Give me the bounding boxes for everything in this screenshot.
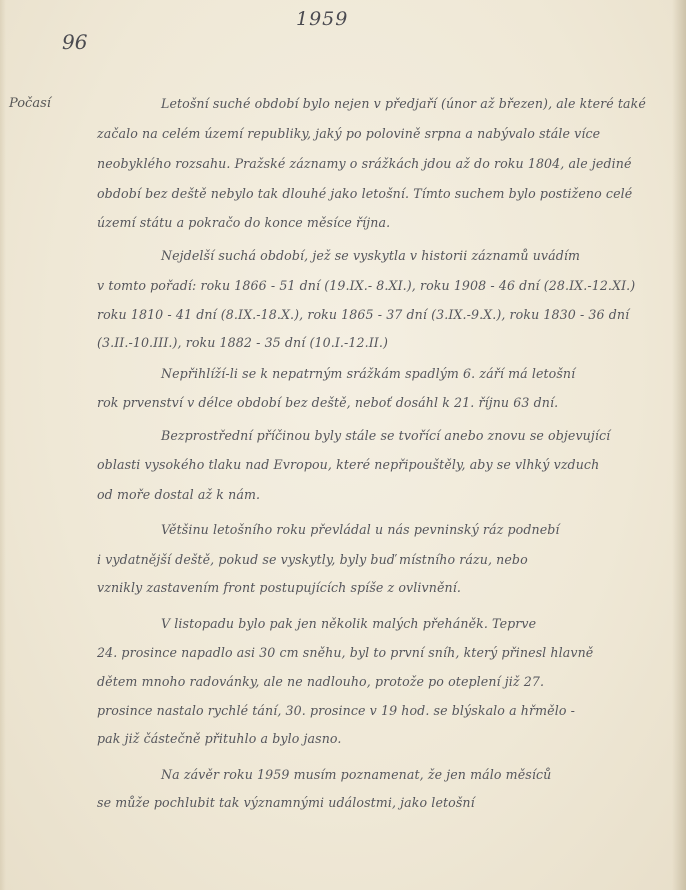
manuscript-line: oblasti vysokého tlaku nad Evropou, kter…	[97, 457, 599, 472]
manuscript-line: od moře dostal až k nám.	[97, 487, 260, 502]
manuscript-line: (3.II.-10.III.), roku 1882 - 35 dní (10.…	[97, 335, 388, 350]
manuscript-line: Letošní suché období bylo nejen v předja…	[97, 96, 646, 111]
margin-note: Počasí	[9, 96, 51, 111]
manuscript-line: Bezprostřední příčinou byly stále se tvo…	[97, 428, 610, 443]
manuscript-line: rok prvenství v délce období bez deště, …	[97, 395, 558, 410]
manuscript-line: prosince nastalo rychlé tání, 30. prosin…	[97, 703, 575, 718]
manuscript-line: Většinu letošního roku převládal u nás p…	[97, 522, 560, 537]
manuscript-line: roku 1810 - 41 dní (8.IX.-18.X.), roku 1…	[97, 307, 629, 322]
manuscript-line: období bez deště nebylo tak dlouhé jako …	[97, 186, 632, 201]
manuscript-line: neobyklého rozsahu. Pražské záznamy o sr…	[97, 156, 632, 171]
manuscript-line: se může pochlubit tak významnými událost…	[97, 795, 475, 810]
manuscript-line: pak již částečně přituhlo a bylo jasno.	[97, 731, 342, 746]
year-heading: 1959	[296, 8, 348, 30]
manuscript-line: dětem mnoho radovánky, ale ne nadlouho, …	[97, 674, 544, 689]
manuscript-line: Nejdelší suchá období, jež se vyskytla v…	[97, 248, 580, 263]
manuscript-line: Na závěr roku 1959 musím poznamenat, že …	[97, 767, 551, 782]
manuscript-line: i vydatnější deště, pokud se vyskytly, b…	[97, 552, 528, 567]
manuscript-line: území státu a pokračo do konce měsíce ří…	[97, 215, 390, 230]
manuscript-line: Nepřihlíží-li se k nepatrným srážkám spa…	[97, 366, 575, 381]
manuscript-line: vznikly zastavením front postupujících s…	[97, 580, 461, 595]
manuscript-page: 1959 96 Počasí Letošní suché období bylo…	[0, 0, 686, 890]
manuscript-line: 24. prosince napadlo asi 30 cm sněhu, by…	[97, 645, 593, 660]
manuscript-line: v tomto pořadí: roku 1866 - 51 dní (19.I…	[97, 278, 635, 293]
manuscript-line: začalo na celém území republiky, jaký po…	[97, 126, 600, 141]
manuscript-line: V listopadu bylo pak jen několik malých …	[97, 616, 536, 631]
page-number: 96	[62, 30, 87, 54]
